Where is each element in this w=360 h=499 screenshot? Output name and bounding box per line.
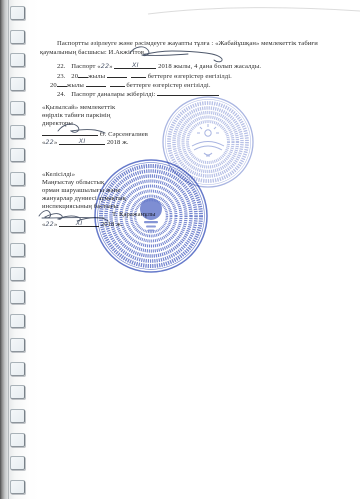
item-22-close-quote: » [109,63,112,70]
binding-hole [10,219,25,233]
binding-hole [10,101,25,115]
kyzylsai-line-1: «Қызылсай» мемлекеттік [42,104,115,112]
item-22-month-blank: XI [114,62,156,69]
item-24-text: Паспорт даналары жіберілді: [71,91,155,98]
kyzylsai-date-year: 2018 ж. [107,139,129,146]
binding-hole [10,267,25,281]
item-23b-year-blank [57,80,67,87]
item-23b-year-prefix: 20 [50,82,57,89]
item-23-year-word: жылы [88,73,105,80]
binding-hole [10,30,25,44]
item-23b-tail: беттерге өзгерістер енгізілді. [126,82,210,89]
item-23b-blank-2 [110,80,125,87]
binding-hole [10,196,25,210]
item-23-blank-2 [131,71,146,78]
binding-hole [10,314,25,328]
binding-crease [8,0,9,499]
binding-hole [10,172,25,186]
item-22-post: 2018 жылы, 4 дана болып жасалды. [158,63,261,70]
item-22-handwritten-month: XI [132,61,139,69]
item-23-number: 23. [57,73,66,80]
item-23-year-prefix: 20 [71,73,78,80]
item-24-blank [157,89,219,96]
binding-hole [10,456,25,470]
stamp-lower-emblem-icon [140,198,162,231]
binding-hole [10,148,25,162]
binding-hole [10,433,25,447]
item-23-year-blank [78,71,88,78]
binding-hole [10,385,25,399]
binding-hole [10,480,25,494]
kelisildi-approval: «Келісілді» [42,171,75,179]
item-23-tail: беттерге өзгерістер енгізілді. [148,73,232,80]
kyzylsai-handwritten-month: XI [79,137,86,145]
kelisildi-handwritten-day: 22 [45,220,54,228]
binding-hole [10,53,25,67]
kyzylsai-line-2: өңірлік табиғи паркінің [42,112,110,120]
kyzylsai-date-close: » [54,139,57,146]
scan-artifact-curve [0,0,360,30]
signature-kyzylsai [54,121,98,135]
kyzylsai-signer-name: Ө. Сәрсенғалиев [100,131,148,138]
spiral-binding-strip [0,0,30,499]
kelisildi-date-close: » [54,221,57,228]
item-22: 22. Паспорт «22» XI 2018 жылы, 4 дана бо… [57,62,261,71]
binding-hole [10,290,25,304]
binding-hole [10,243,25,257]
binding-hole [10,77,25,91]
kyzylsai-month-blank: XI [59,138,105,145]
binding-hole [10,409,25,423]
scanned-page: Паспортты әзірлеуге және рәсімдеуге жауа… [0,0,360,499]
signature-head-flourish [126,41,230,61]
binding-hole [10,6,25,20]
item-23-blank-1 [107,71,127,78]
stamp-upper-emblem-icon [192,124,224,156]
item-23b-year-word: жылы [67,82,84,89]
binding-hole [10,362,25,376]
item-22-number: 22. [57,63,66,70]
binding-hole [10,338,25,352]
item-22-handwritten-day: 22 [101,62,110,70]
binding-hole [10,125,25,139]
official-stamp-lower [94,159,208,273]
item-24-number: 24. [57,91,66,98]
item-23b-blank-1 [86,80,106,87]
kyzylsai-date-line: «22» XI 2018 ж. [42,138,129,147]
item-22-pre: Паспорт « [71,63,100,70]
kyzylsai-handwritten-day: 22 [45,138,54,146]
kelisildi-handwritten-month: XI [76,219,83,227]
